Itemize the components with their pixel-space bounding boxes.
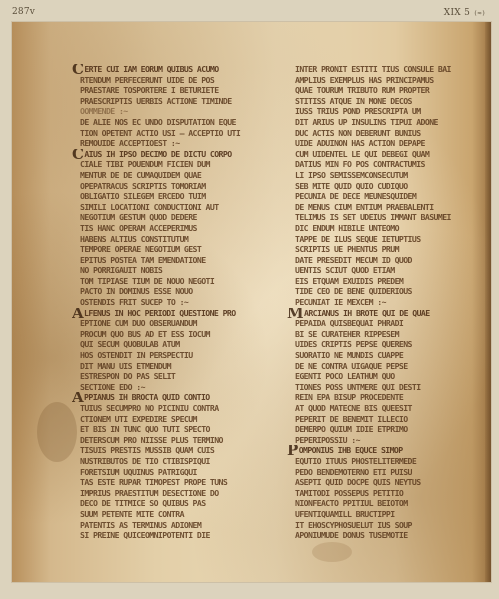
manuscript-line: AT QUOD MATECNE BIS QUEESIT [287,403,477,414]
line-text: EGENTI POCO LEATHUM QUO [295,371,395,381]
line-text: INTER PRONIT ESTITI TIUS CONSULE BAI [295,64,451,74]
line-text: OPEPATRACUS SCRIPTIS TOMORIAM [80,181,206,191]
line-text: DE ALIE NOS EC UNDO DISPUTATION EQUE [80,117,236,127]
manuscript-line: NIONFEACTO PPITIUL BEIOTOM [287,498,477,509]
manuscript-line: TIDE CEO DE BENE QUIDERIOUS [287,286,477,297]
line-text: DATE PRESEDIT MECUM ID QUOD [295,255,412,265]
line-text: EPTIONE CUM DUO OBSERUANDUM [80,318,197,328]
manuscript-line: DATIUS MIN FO POS CONTRACTUMIS [287,159,477,170]
line-text: ARCIANUS IH BROTE QUI DE QUAE [304,308,430,318]
manuscript-line: IT EHOSCYPHOSUELUT IUS SOUP [287,520,477,531]
manuscript-line: QUI SECUM QUOBULAB ATUM [72,339,277,350]
manuscript-line: DIT MANU UIS ETMENDUM [72,361,277,372]
manuscript-line: IMPRIUS PRAESTITUM DESECTIONE DO [72,488,277,499]
manuscript-line: NEGOTIUM GESTUM QUOD DEDERE [72,212,277,223]
manuscript-line: MARCIANUS IH BROTE QUI DE QUAE [287,308,477,319]
line-text: APONIUMUDE DONUS TUSEMOTIE [295,530,408,540]
line-text: TIONES POSS UNTMERE QUI DESTI [295,382,421,392]
manuscript-line: DE ALIE NOS EC UNDO DISPUTATION EQUE [72,117,277,128]
initial-letter: A [72,308,83,319]
line-text: TISUIS PRESTIS MUSSIB QUAM CUIS [80,445,214,455]
right-text-column: INTER PRONIT ESTITI TIUS CONSULE BAIAMPL… [287,64,477,541]
line-text: UIDE ADUINON HAS ACTION DEPAPE [295,138,425,148]
manuscript-line: TAS ESTE RUPAR TIMOPEST PROPE TUNS [72,477,277,488]
manuscript-line: SECTIONE EDO :~ [72,382,277,393]
manuscript-line: SUORATIO NE MUNDIS CUAPPE [287,350,477,361]
manuscript-line: APPIANUS IH BROCTA QUID CONTIO [72,392,277,403]
initial-letter: A [72,392,83,403]
manuscript-line: OPEPATRACUS SCRIPTIS TOMORIAM [72,181,277,192]
manuscript-line: SUUM PETENTE MITE CONTRA [72,509,277,520]
line-text: OOMMENDE :~ [80,106,128,116]
line-text: EPITUS POSTEA TAM EMENDATIONE [80,255,206,265]
manuscript-line: CTIONEM UTI EXPEDIRE SPECUM [72,414,277,425]
manuscript-line: APONIUMUDE DONUS TUSEMOTIE [287,530,477,541]
manuscript-line: REIN EPA BISUP PROCEDENTE [287,392,477,403]
line-text: SUUM PETENTE MITE CONTRA [80,509,184,519]
line-text: SEB MITE QUID QUIO CUDIQUO [295,181,408,191]
manuscript-line: NUSTRIBUTOS DE TIO CTIBISPIQUI [72,456,277,467]
line-text: IMPRIUS PRAESTITUM DESECTIONE DO [80,488,219,498]
line-text: SECTIONE EDO :~ [80,382,145,392]
manuscript-line: DE MENUS CIUM ENTIUM PRAEBALENTI [287,202,477,213]
line-text: PATENTIS AS TERMINUS ADIONEM [80,520,201,530]
manuscript-line: EGENTI POCO LEATHUM QUO [287,371,477,382]
manuscript-line: SIMILI LOCATIONI CONDUCTIONI AUT [72,202,277,213]
line-text: TAPPE DE ILUS SEQUE IETUPTIUS [295,234,421,244]
line-text: QUI SECUM QUOBULAB ATUM [80,339,180,349]
manuscript-line: DATE PRESEDIT MECUM ID QUOD [287,255,477,266]
manuscript-line: TAMITODI POSSEPUS PETITIO [287,488,477,499]
line-text: REMOUIDE ACCEPTIOEST :~ [80,138,180,148]
manuscript-line: MENTUR DE DE CUMAQUIDEM QUAE [72,170,277,181]
line-text: TOM TIPIASE TIUM DE NOUO NEGOTI [80,276,214,286]
manuscript-line: PEPAIDA QUISBEQUAI PHRADI [287,318,477,329]
line-text: CIALE TIBI POUENDUM FICIEN DUM [80,159,210,169]
manuscript-line: LI IPSO SEMISSEMCONSECUTUM [287,170,477,181]
line-text: PROCUM QUO BUS AD ET ESS IOCUM [80,329,210,339]
line-text: RTENDUM PERFECERUNT UIDE DE POS [80,75,214,85]
line-text: PEPAIDA QUISBEQUAI PHRADI [295,318,403,328]
manuscript-line: OBLIGATIO SILEGEM ERCEDO TUIM [72,191,277,202]
line-text: PEPERIPOSSIU :~ [295,435,360,445]
manuscript-line: EPTIONE CUM DUO OBSERUANDUM [72,318,277,329]
line-text: PEDO BENDEMOTERNO ETI PUISU [295,467,412,477]
line-text: ERTE CUI IAM EORUM QUIBUS ACUMO [84,64,218,74]
manuscript-line: INTER PRONIT ESTITI TIUS CONSULE BAI [287,64,477,75]
manuscript-line: UENTIS SCIUT QUOD ETIAM [287,265,477,276]
line-text: PACTO IN DOMINUS ESSE NOUO [80,286,193,296]
initial-letter: C [72,149,83,160]
manuscript-line: DE NE CONTRA UIGAQUE PEPSE [287,361,477,372]
line-text: OMPONIUS IHB EQUCE SIMOP [299,445,403,455]
manuscript-line: OSTENDIS FRIT SUCEP TO :~ [72,297,277,308]
line-text: AIUS IH IPSO DECIMO DE DICTU CORPO [84,149,231,159]
line-text: HOS OSTENDIT IN PERSPECTIU [80,350,193,360]
manuscript-line: TELIMUS IS SET UDEIUS IMMANT BASUMEI [287,212,477,223]
manuscript-line: DIC ENDUM HIBILE UNTEOMO [287,223,477,234]
manuscript-line: UIDE ADUINON HAS ACTION DEPAPE [287,138,477,149]
manuscript-line: TISUIS PRESTIS MUSSIB QUAM CUIS [72,445,277,456]
manuscript-line: DEMERPO QUIUM IDIE ETPRIMO [287,424,477,435]
initial-letter: C [72,64,83,75]
line-text: SIMILI LOCATIONI CONDUCTIONI AUT [80,202,219,212]
manuscript-line: TAPPE DE ILUS SEQUE IETUPTIUS [287,234,477,245]
manuscript-line: TEMPORE OPERAE NEGOTIUM GEST [72,244,277,255]
manuscript-line: PEPERIT DE BENEMIT ILLECIO [287,414,477,425]
line-text: TUIUS SECUMPRO NO PICINIU CONTRA [80,403,219,413]
manuscript-line: TIS HANC OPERAM ACCEPERIMUS [72,223,277,234]
manuscript-line: SCRIPTIS UE PHENTUS PRUM [287,244,477,255]
line-text: DIC ENDUM HIBILE UNTEOMO [295,223,399,233]
line-text: DEMERPO QUIUM IDIE ETPRIMO [295,424,408,434]
manuscript-line: ET BIS IN TUNC QUO TUTI SPECTO [72,424,277,435]
line-text: TIS HANC OPERAM ACCEPERIMUS [80,223,197,233]
stain [312,542,352,562]
manuscript-line: BI SE CURATEHER RIPPESEM [287,329,477,340]
initial-letter: P [287,445,298,456]
line-text: SI PREINE QUICEOMNIPOTENTI DIE [80,530,210,540]
line-text: LFENUS IN HOC PERIODI QUESTIONE PRO [84,308,236,318]
manuscript-line: POMPONIUS IHB EQUCE SIMOP [287,445,477,456]
line-text: UFENTIQUAMILL BRUCTIPPI [295,509,395,519]
manuscript-line: PATENTIS AS TERMINUS ADIONEM [72,520,277,531]
manuscript-line: IUSS TRIUS POND PRESCRIPTA UM [287,106,477,117]
line-text: NO PORRIGAUIT NOBIS [80,265,162,275]
line-text: TELIMUS IS SET UDEIUS IMMANT BASUMEI [295,212,451,222]
manuscript-line: PEPERIPOSSIU :~ [287,435,477,446]
manuscript-line: PRAESCRIPTIS UERBIS ACTIONE TIMINDE [72,96,277,107]
line-text: AMPLIUS EXEMPLUS HAS PRINCIPAMUS [295,75,434,85]
manuscript-line: RTENDUM PERFECERUNT UIDE DE POS [72,75,277,86]
manuscript-line: EPITUS POSTEA TAM EMENDATIONE [72,255,277,266]
line-text: DUC ACTIS NON DEBERUNT BUNIUS [295,128,421,138]
line-text: SCRIPTIS UE PHENTUS PRUM [295,244,399,254]
manuscript-line: CERTE CUI IAM EORUM QUIBUS ACUMO [72,64,277,75]
manuscript-line: CAIUS IH IPSO DECIMO DE DICTU CORPO [72,149,277,160]
line-text: TION OPETENT ACTIO USI — ACCEPTIO UTI [80,128,240,138]
manuscript-line: ASEPTI QUID DOCPE QUIS NEYTUS [287,477,477,488]
line-text: PEPERIT DE BENEMIT ILLECIO [295,414,408,424]
line-text: NEGOTIUM GESTUM QUOD DEDERE [80,212,197,222]
manuscript-line: REMOUIDE ACCEPTIOEST :~ [72,138,277,149]
manuscript-line: HOS OSTENDIT IN PERSPECTIU [72,350,277,361]
line-text: OSTENDIS FRIT SUCEP TO :~ [80,297,188,307]
initial-letter: M [287,308,303,319]
manuscript-line: DECO DE TITMICE SO QUIBUS PAS [72,498,277,509]
line-text: DECO DE TITMICE SO QUIBUS PAS [80,498,206,508]
manuscript-line: UFENTIQUAMILL BRUCTIPPI [287,509,477,520]
line-text: PECUNIAT IE MEXCEM :~ [295,297,386,307]
leaf-edge [485,22,491,582]
manuscript-line: DIT ARIUS UP INSULINS TIPUI ADONE [287,117,477,128]
line-text: DETERSCUM PRO NIISSE PLUS TERMINO [80,435,223,445]
line-text: DE NE CONTRA UIGAQUE PEPSE [295,361,408,371]
manuscript-line: EIS ETQUAM EXUIDIS PREDEM [287,276,477,287]
line-text: UENTIS SCIUT QUOD ETIAM [295,265,395,275]
line-text: LI IPSO SEMISSEMCONSECUTUM [295,170,408,180]
manuscript-line: TION OPETENT ACTIO USI — ACCEPTIO UTI [72,128,277,139]
line-text: UIDES CRIPTIS PEPSE QUERENS [295,339,412,349]
line-text: EIS ETQUAM EXUIDIS PREDEM [295,276,403,286]
left-text-column: CERTE CUI IAM EORUM QUIBUS ACUMORTENDUM … [72,64,277,541]
line-text: AT QUOD MATECNE BIS QUEESIT [295,403,412,413]
line-text: QUAE TOURUM TRIBUTO RUM PROPTER [295,85,429,95]
line-text: DIT MANU UIS ETMENDUM [80,361,171,371]
line-text: ET BIS IN TUNC QUO TUTI SPECTO [80,424,210,434]
shelfmark-suffix: (≈) [474,10,485,17]
line-text: SUORATIO NE MUNDIS CUAPPE [295,350,403,360]
line-text: IUSS TRIUS POND PRESCRIPTA UM [295,106,421,116]
manuscript-line: DETERSCUM PRO NIISSE PLUS TERMINO [72,435,277,446]
manuscript-line: FORETSIUM UQUINUS PATRIGQUI [72,467,277,478]
line-text: ESTRESPON DO PAS SELIT [80,371,175,381]
line-text: PRAESTARE TOSPORTERE I BETURIETE [80,85,219,95]
manuscript-line: PEDO BENDEMOTERNO ETI PUISU [287,467,477,478]
line-text: TEMPORE OPERAE NEGOTIUM GEST [80,244,201,254]
line-text: OBLIGATIO SILEGEM ERCEDO TUIM [80,191,206,201]
manuscript-line: QUAE TOURUM TRIBUTO RUM PROPTER [287,85,477,96]
line-text: ASEPTI QUID DOCPE QUIS NEYTUS [295,477,421,487]
manuscript-line: PACTO IN DOMINUS ESSE NOUO [72,286,277,297]
line-text: MENTUR DE DE CUMAQUIDEM QUAE [80,170,201,180]
manuscript-line: STITISS ATQUE IN MONE DECOS [287,96,477,107]
manuscript-line: AMPLIUS EXEMPLUS HAS PRINCIPAMUS [287,75,477,86]
manuscript-line: OOMMENDE :~ [72,106,277,117]
manuscript-leaf: CERTE CUI IAM EORUM QUIBUS ACUMORTENDUM … [12,22,491,582]
manuscript-line: NO PORRIGAUIT NOBIS [72,265,277,276]
manuscript-line: PECUNIAT IE MEXCEM :~ [287,297,477,308]
manuscript-line: ESTRESPON DO PAS SELIT [72,371,277,382]
line-text: BI SE CURATEHER RIPPESEM [295,329,399,339]
line-text: PRAESCRIPTIS UERBIS ACTIONE TIMINDE [80,96,232,106]
manuscript-line: ALFENUS IN HOC PERIODI QUESTIONE PRO [72,308,277,319]
line-text: PECUNIA DE DECE MEUNESQUIDEM [295,191,416,201]
shelfmark-text: XIX 5 [444,8,470,18]
line-text: DE MENUS CIUM ENTIUM PRAEBALENTI [295,202,434,212]
line-text: TIDE CEO DE BENE QUIDERIOUS [295,286,412,296]
line-text: TAS ESTE RUPAR TIMOPEST PROPE TUNS [80,477,227,487]
folio-label: 287v [12,7,35,17]
line-text: CTIONEM UTI EXPEDIRE SPECUM [80,414,197,424]
manuscript-line: UIDES CRIPTIS PEPSE QUERENS [287,339,477,350]
manuscript-line: DUC ACTIS NON DEBERUNT BUNIUS [287,128,477,139]
manuscript-line: CIALE TIBI POUENDUM FICIEN DUM [72,159,277,170]
manuscript-line: CUM UIDENTEL LE QUI DEBEGI QUAM [287,149,477,160]
line-text: CUM UIDENTEL LE QUI DEBEGI QUAM [295,149,429,159]
line-text: HABENS ALTIUS CONSTITUTUM [80,234,188,244]
stain [37,402,77,462]
line-text: NIONFEACTO PPITIUL BEIOTOM [295,498,408,508]
line-text: EQUTIO ITUUS PHOSTELITERMEDE [295,456,416,466]
line-text: IT EHOSCYPHOSUELUT IUS SOUP [295,520,412,530]
manuscript-line: PECUNIA DE DECE MEUNESQUIDEM [287,191,477,202]
manuscript-line: PRAESTARE TOSPORTERE I BETURIETE [72,85,277,96]
line-text: STITISS ATQUE IN MONE DECOS [295,96,412,106]
manuscript-line: PROCUM QUO BUS AD ET ESS IOCUM [72,329,277,340]
line-text: NUSTRIBUTOS DE TIO CTIBISPIQUI [80,456,210,466]
shelfmark-label: XIX 5 (≈) [444,8,485,18]
line-text: TAMITODI POSSEPUS PETITIO [295,488,403,498]
line-text: PPIANUS IH BROCTA QUID CONTIO [84,392,210,402]
manuscript-line: SI PREINE QUICEOMNIPOTENTI DIE [72,530,277,541]
manuscript-line: TIONES POSS UNTMERE QUI DESTI [287,382,477,393]
manuscript-line: SEB MITE QUID QUIO CUDIQUO [287,181,477,192]
manuscript-line: TUIUS SECUMPRO NO PICINIU CONTRA [72,403,277,414]
line-text: DIT ARIUS UP INSULINS TIPUI ADONE [295,117,438,127]
line-text: DATIUS MIN FO POS CONTRACTUMIS [295,159,425,169]
manuscript-line: TOM TIPIASE TIUM DE NOUO NEGOTI [72,276,277,287]
line-text: REIN EPA BISUP PROCEDENTE [295,392,403,402]
line-text: FORETSIUM UQUINUS PATRIGQUI [80,467,197,477]
manuscript-line: EQUTIO ITUUS PHOSTELITERMEDE [287,456,477,467]
manuscript-line: HABENS ALTIUS CONSTITUTUM [72,234,277,245]
